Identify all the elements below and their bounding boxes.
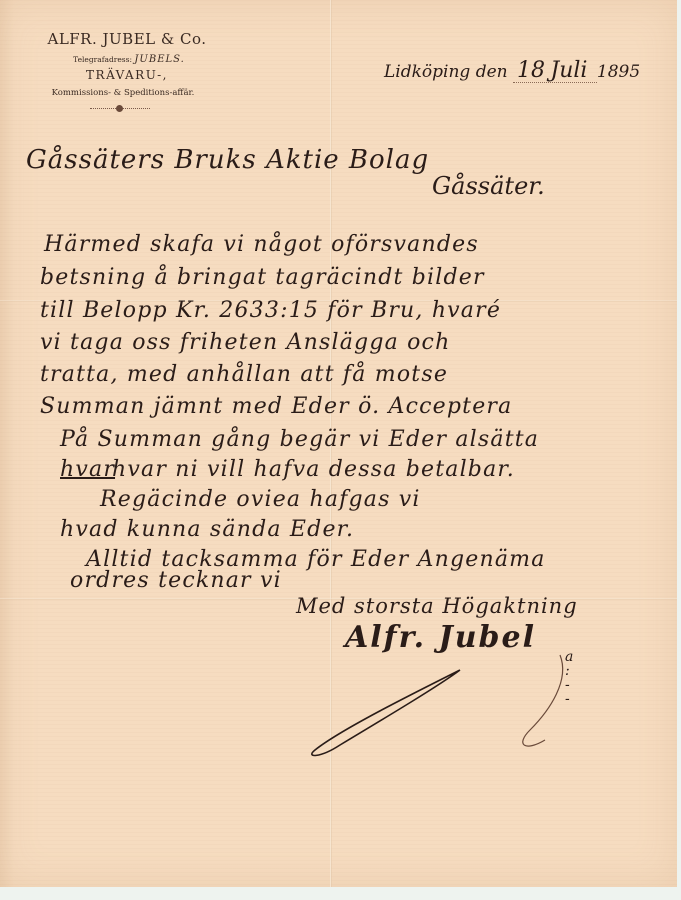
body-line: hvad kunna sända Eder. bbox=[60, 517, 354, 542]
body-line: hvar bbox=[60, 457, 115, 482]
date-year: 1895 bbox=[597, 62, 640, 82]
annotation-marks: a : - - bbox=[565, 650, 573, 706]
letterhead: ALFR. JUBEL & Co. Telegrafadress: JUBELS… bbox=[0, 30, 230, 111]
underlined-word: hvar bbox=[60, 457, 115, 482]
closing-phrase: Med storsta Högaktning bbox=[296, 594, 578, 618]
body-line: betsning å bringat tagräcindt bilder bbox=[40, 265, 485, 290]
place: Lidköping den bbox=[384, 62, 508, 82]
date-field: 18 Juli bbox=[513, 62, 597, 83]
place-date-line: Lidköping den 18 Juli 1895 bbox=[384, 58, 640, 83]
telegraph-label: Telegrafadress: bbox=[73, 55, 132, 64]
body-line: tratta, med anhållan att få motse bbox=[40, 362, 448, 387]
body-line: Härmed skafa vi något oförsvandes bbox=[44, 232, 479, 257]
letter-page: ALFR. JUBEL & Co. Telegrafadress: JUBELS… bbox=[0, 0, 677, 887]
body-line: Summan jämnt med Eder ö. Acceptera bbox=[40, 394, 512, 419]
scan-background-strip bbox=[0, 887, 681, 900]
date-day: 18 bbox=[517, 58, 545, 83]
company-name: ALFR. JUBEL & Co. bbox=[24, 30, 230, 48]
body-line: vi taga oss friheten Anslägga och bbox=[40, 330, 450, 355]
body-line: till Belopp Kr. 2633:15 för Bru, hvaré bbox=[40, 298, 501, 323]
body-line: hvar ni vill hafva dessa betalbar. bbox=[112, 457, 515, 482]
trade-line: TRÄVARU-, bbox=[24, 68, 230, 82]
recipient-name: Gåssäters Bruks Aktie Bolag bbox=[26, 145, 429, 175]
signature-flourish bbox=[300, 640, 630, 760]
services-line: Kommissions- & Speditions-affär. bbox=[16, 88, 230, 98]
telegraph-name: JUBELS. bbox=[134, 54, 184, 65]
body-line: På Summan gång begär vi Eder alsätta bbox=[60, 427, 539, 452]
body-line: ordres tecknar vi bbox=[70, 568, 282, 593]
recipient-town: Gåssäter. bbox=[432, 172, 545, 200]
date-month: Juli bbox=[550, 58, 587, 83]
ornament-divider bbox=[90, 105, 150, 111]
telegraph-address: Telegrafadress: JUBELS. bbox=[28, 54, 230, 65]
body-line: Regäcinde oviea hafgas vi bbox=[100, 487, 421, 512]
